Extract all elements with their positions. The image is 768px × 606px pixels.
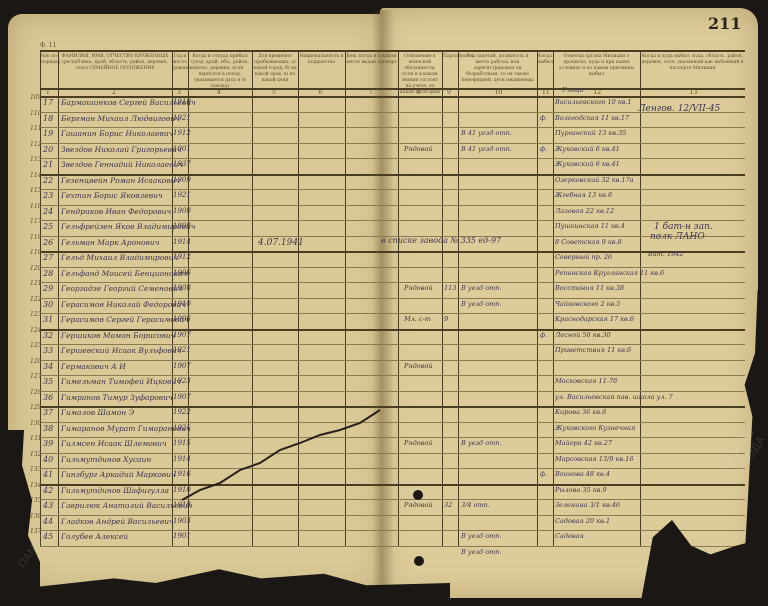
address: Кирова 36 кв.6 xyxy=(555,408,606,416)
row-rule xyxy=(40,375,745,376)
address: Жуковского Кузнечная xyxy=(555,424,635,432)
address: Зеленина 3/1 кв.46 xyxy=(555,501,620,509)
person-name: Гладков Андрей Васильевич xyxy=(61,517,174,526)
col12-mid-line2: полк ЛАНО xyxy=(650,232,705,242)
address: Северный пр. 26 xyxy=(555,253,612,261)
occupation-entry: В уезд отп. xyxy=(461,284,502,292)
birth-year: 1907 xyxy=(173,362,191,370)
birth-year: 1910 xyxy=(173,300,191,308)
column-number: 12 xyxy=(594,89,602,96)
alt-index: 122 xyxy=(30,296,41,303)
occupation-entry: В 41 уезд отп. xyxy=(461,129,512,137)
row-rule xyxy=(40,189,745,190)
address: Рылова 35 кв.9 xyxy=(555,486,607,494)
address: Садовая 20 кв.1 xyxy=(555,517,610,525)
alt-index: 131 xyxy=(30,435,41,442)
row-rule xyxy=(40,453,745,454)
row-rule xyxy=(40,267,745,268)
person-name: Гехтин Борис Яковлевич xyxy=(61,191,163,200)
alt-index: 124 xyxy=(30,327,41,334)
row-rule xyxy=(40,468,745,469)
occupation-entry: В уезд отп. xyxy=(461,532,502,540)
person-name: Бергман Михаил Людвигович xyxy=(61,114,180,123)
alt-index: 130 xyxy=(30,420,41,427)
alt-index: 112 xyxy=(30,141,41,148)
row-rule xyxy=(40,298,745,299)
paper-hole xyxy=(414,556,424,566)
person-name: Звездов Николай Григорьевич xyxy=(61,145,182,154)
occupation-entry: В уезд отп. xyxy=(461,548,502,556)
column-number: 3 xyxy=(177,89,181,96)
column-number: 5 xyxy=(272,89,276,96)
address: Жгебная 13 кв.6 xyxy=(555,191,612,199)
party-entry: 32 xyxy=(444,501,452,509)
row-index: 27 xyxy=(43,253,53,262)
birth-year: 1912 xyxy=(173,129,191,137)
alt-index: 113 xyxy=(30,156,41,163)
column-header: Партийность xyxy=(443,54,457,60)
person-name: Гельфанд Моисей Бенционович xyxy=(61,269,187,278)
row-rule xyxy=(40,282,745,283)
address: Жуковский 6 кв.41 xyxy=(555,145,620,153)
birth-year: 1921 xyxy=(173,191,191,199)
person-name: Гендриков Иван Федорович xyxy=(61,207,171,216)
rank-entry: Рядовой xyxy=(404,362,433,370)
row-index: 28 xyxy=(43,269,53,278)
alt-index: 126 xyxy=(30,358,41,365)
column-number: 4 xyxy=(217,89,221,96)
address: Вологодская 11 кв.17 xyxy=(555,114,629,122)
address: Озерковский 32 кв.17а xyxy=(555,176,634,184)
row-rule xyxy=(40,313,745,314)
alt-index: 123 xyxy=(30,311,41,318)
row-index: 25 xyxy=(43,222,53,231)
row-index: 29 xyxy=(43,284,53,293)
alt-index: 114 xyxy=(30,172,41,179)
row-index: 20 xyxy=(43,145,53,154)
row-rule xyxy=(40,360,745,361)
column-number: 9 xyxy=(447,89,451,96)
person-name: Гашанин Борис Николаевич xyxy=(61,129,173,138)
row-index: 34 xyxy=(43,362,53,371)
birth-year: 1909 xyxy=(173,176,191,184)
occupation-entry: В 41 уезд отп. xyxy=(461,145,512,153)
address: ул. Васильевская пав. школа ул. 7 xyxy=(555,393,673,401)
birth-year: 1900 xyxy=(173,207,191,215)
row-index: 19 xyxy=(43,129,53,138)
birth-year: 1901 xyxy=(173,532,191,540)
address: 8 Советская 9 кв.8 xyxy=(555,238,622,246)
row-rule xyxy=(40,437,745,438)
departure-mark: ф. xyxy=(540,145,547,153)
address: Лазовая 22 кв.12 xyxy=(555,207,614,215)
column-header: Для временно прибывающих: а) какой город… xyxy=(253,54,297,84)
birth-year: 1907 xyxy=(173,393,191,401)
book-fold xyxy=(372,10,394,600)
row-index: 39 xyxy=(43,439,53,448)
row-index: 38 xyxy=(43,424,53,433)
alt-index: 129 xyxy=(30,404,41,411)
column-number: 7 xyxy=(369,89,373,96)
departure-mark: ф. xyxy=(540,331,547,339)
rank-entry: Рядовой xyxy=(404,439,433,447)
birth-year: 1907 xyxy=(173,331,191,339)
column-header: №№ по порядку xyxy=(41,54,57,66)
row-index: 40 xyxy=(43,455,53,464)
paper-crack xyxy=(180,405,390,505)
alt-index: 116 xyxy=(30,203,41,210)
alt-index: 117 xyxy=(30,218,41,225)
person-name: Герасимов Николай Федорович xyxy=(61,300,186,309)
row-index: 43 xyxy=(43,501,53,510)
person-name: Герасимов Сергей Герасимович xyxy=(61,315,189,324)
col4-date: 4.07.1941 xyxy=(258,238,304,248)
person-name: Гильмутдинов Хусаин xyxy=(61,455,151,464)
person-name: Голубев Алексей xyxy=(61,532,128,541)
address: Краснодарская 17 кв.6 xyxy=(555,315,634,323)
address: Восстания 11 кв.38 xyxy=(555,284,624,292)
column-header: Кем, когда и в каком месте выдан паспорт xyxy=(346,54,397,66)
alt-index: 132 xyxy=(30,451,41,458)
row-rule xyxy=(40,515,745,516)
col12-mid-line1: 1 бат-н зап. xyxy=(654,222,713,232)
row-rule xyxy=(40,127,745,128)
birth-year: 1914 xyxy=(173,238,191,246)
birth-year: 1912 xyxy=(173,253,191,261)
row-index: 18 xyxy=(43,114,53,123)
column-header: Национальность и подданство xyxy=(299,54,344,66)
row-index: 17 xyxy=(43,98,53,107)
alt-index: 118 xyxy=(30,234,41,241)
person-name: Гимаранов Мурат Гимаранович xyxy=(61,424,191,433)
birth-year: 1923 xyxy=(173,377,191,385)
row-index: 30 xyxy=(43,300,53,309)
column-header: Род занятий, должность и место работы, и… xyxy=(459,54,536,84)
address: Чайковского 2 кв.5 xyxy=(555,300,620,308)
column-header: Когда выбыл xyxy=(538,54,552,66)
person-name: Гельд Михаил Владимирович xyxy=(61,253,178,262)
person-name: Гельман Марк Аронович xyxy=(61,238,159,247)
row-rule xyxy=(40,546,745,547)
row-index: 24 xyxy=(43,207,53,216)
person-name: Гимранов Тимур Зуфарович xyxy=(61,393,173,402)
column-number: 10 xyxy=(495,89,503,96)
row-index: 26 xyxy=(43,238,53,247)
person-name: Звездов Геннадий Николаевич xyxy=(61,160,183,169)
person-name: Гимельман Тимофей Ицкович xyxy=(61,377,181,386)
birth-year: 1921 xyxy=(173,114,191,122)
alt-index: 128 xyxy=(30,389,41,396)
party-entry: 9 xyxy=(444,315,448,323)
occupation-entry: В уезд отп. xyxy=(461,439,502,447)
address: Приветствия 11 кв.6 xyxy=(555,346,631,354)
column-header: Когда и откуда прибыл (уезд, край, обл.,… xyxy=(189,54,251,90)
address: Воинова 48 кв.4 xyxy=(555,470,610,478)
paper-hole xyxy=(413,490,423,500)
address: Васильевского 10 кв.1 xyxy=(555,98,632,106)
col7-note: в списке завода № 335 ед-97 xyxy=(381,236,501,245)
row-index: 21 xyxy=(43,160,53,169)
column-number: 1 xyxy=(46,89,50,96)
occupation-entry: В уезд отп. xyxy=(461,300,502,308)
person-name: Гершиков Мамон Борисович xyxy=(61,331,175,340)
person-name: Гилмсен Исаак Шлемович xyxy=(61,439,167,448)
col12-top-note: Ленгов. 12/VII-45 xyxy=(638,104,720,114)
col12-small-note: Бат. 1942 xyxy=(648,250,684,258)
column-header: Отметка органа Милиции о прописке, куда … xyxy=(554,54,639,78)
rank-entry: Рядовой xyxy=(404,284,433,292)
birth-year: 1921 xyxy=(173,346,191,354)
person-name: Гермакович А И xyxy=(61,362,126,371)
row-index: 33 xyxy=(43,346,53,355)
column-number: 8 xyxy=(417,89,421,96)
alt-index: 133 xyxy=(30,466,41,473)
alt-index: 115 xyxy=(30,187,41,194)
person-name: Георгадзе Георгий Семенович xyxy=(61,284,182,293)
rank-entry: Мл. с-т xyxy=(404,315,431,323)
address: Майора 42 кв.27 xyxy=(555,439,612,447)
occupation-entry: 3/4 отп. xyxy=(461,501,490,509)
row-index: 32 xyxy=(43,331,53,340)
column-header: ФАМИЛИЯ, ИМЯ, ОТЧЕСТВО КРУЖЕННЫХ (респуб… xyxy=(59,54,171,72)
person-name: Гинзбург Аркадий Маркович xyxy=(61,470,176,479)
column-number: 6 xyxy=(319,89,323,96)
address: Марсовская 13/9 кв.16 xyxy=(555,455,633,463)
row-index: 42 xyxy=(43,486,53,495)
alt-index: 127 xyxy=(30,373,41,380)
page-number: 211 xyxy=(708,14,741,33)
column-number: 13 xyxy=(690,89,698,96)
birth-year: 1903 xyxy=(173,517,191,525)
column-number: 11 xyxy=(542,89,550,96)
address: Репинская Кругланская 11 кв.6 xyxy=(555,269,664,277)
row-index: 31 xyxy=(43,315,53,324)
birth-year: 1901 xyxy=(173,145,191,153)
row-index: 37 xyxy=(43,408,53,417)
row-rule xyxy=(40,143,745,144)
address: Пушкинская 11 кв.4 xyxy=(555,222,625,230)
person-name: Гершевский Исаак Вульфович xyxy=(61,346,181,355)
birth-year: 1919 xyxy=(173,98,191,106)
alt-index: 119 xyxy=(30,249,41,256)
row-rule xyxy=(40,422,745,423)
alt-index: 125 xyxy=(30,342,41,349)
alt-index: 121 xyxy=(30,280,41,287)
row-rule xyxy=(40,391,745,392)
alt-index: 110 xyxy=(30,110,41,117)
column-header: Год и место рождения xyxy=(173,54,187,72)
address: Садовая xyxy=(555,532,584,540)
row-rule xyxy=(40,158,745,159)
alt-index: 109 xyxy=(30,94,41,101)
person-name: Гималов Шамон Э xyxy=(61,408,134,417)
col12-header-handwriting: Улица xyxy=(562,86,583,94)
birth-year: 1908 xyxy=(173,284,191,292)
rank-entry: Рядовой xyxy=(404,145,433,153)
birth-year: 1900 xyxy=(173,222,191,230)
row-index: 36 xyxy=(43,393,53,402)
alt-index: 111 xyxy=(30,125,41,132)
alt-index: 136 xyxy=(30,513,41,520)
address: Московская 11-76 xyxy=(555,377,617,385)
address: Лесной 56 кв.30 xyxy=(555,331,611,339)
row-index: 41 xyxy=(43,470,53,479)
row-rule xyxy=(40,344,745,345)
row-rule xyxy=(40,220,745,221)
row-rule xyxy=(40,205,745,206)
alt-index: 134 xyxy=(30,482,41,489)
party-entry: 113 xyxy=(444,284,456,292)
row-index: 35 xyxy=(43,377,53,386)
rank-entry: Рядовой xyxy=(404,501,433,509)
person-name: Гезенцвейн Роман Исаакович xyxy=(61,176,180,185)
birth-year: 1937 xyxy=(173,160,191,168)
alt-index: 120 xyxy=(30,265,41,272)
row-rule xyxy=(40,530,745,531)
row-rule xyxy=(40,406,745,408)
address: Жуковский 6 кв.41 xyxy=(555,160,620,168)
departure-mark: ф. xyxy=(540,114,547,122)
birth-year: 1906 xyxy=(173,315,191,323)
form-mark: Ф. 11 xyxy=(40,42,56,49)
column-number: 2 xyxy=(112,89,116,96)
row-index: 22 xyxy=(43,176,53,185)
row-index: 23 xyxy=(43,191,53,200)
column-header: Когда и куда выбыл, куда, область, район… xyxy=(641,54,744,72)
birth-year: 1906 xyxy=(173,269,191,277)
row-rule xyxy=(40,499,745,500)
departure-mark: ф. xyxy=(540,470,547,478)
address: Пурганский 13 кв.35 xyxy=(555,129,626,137)
